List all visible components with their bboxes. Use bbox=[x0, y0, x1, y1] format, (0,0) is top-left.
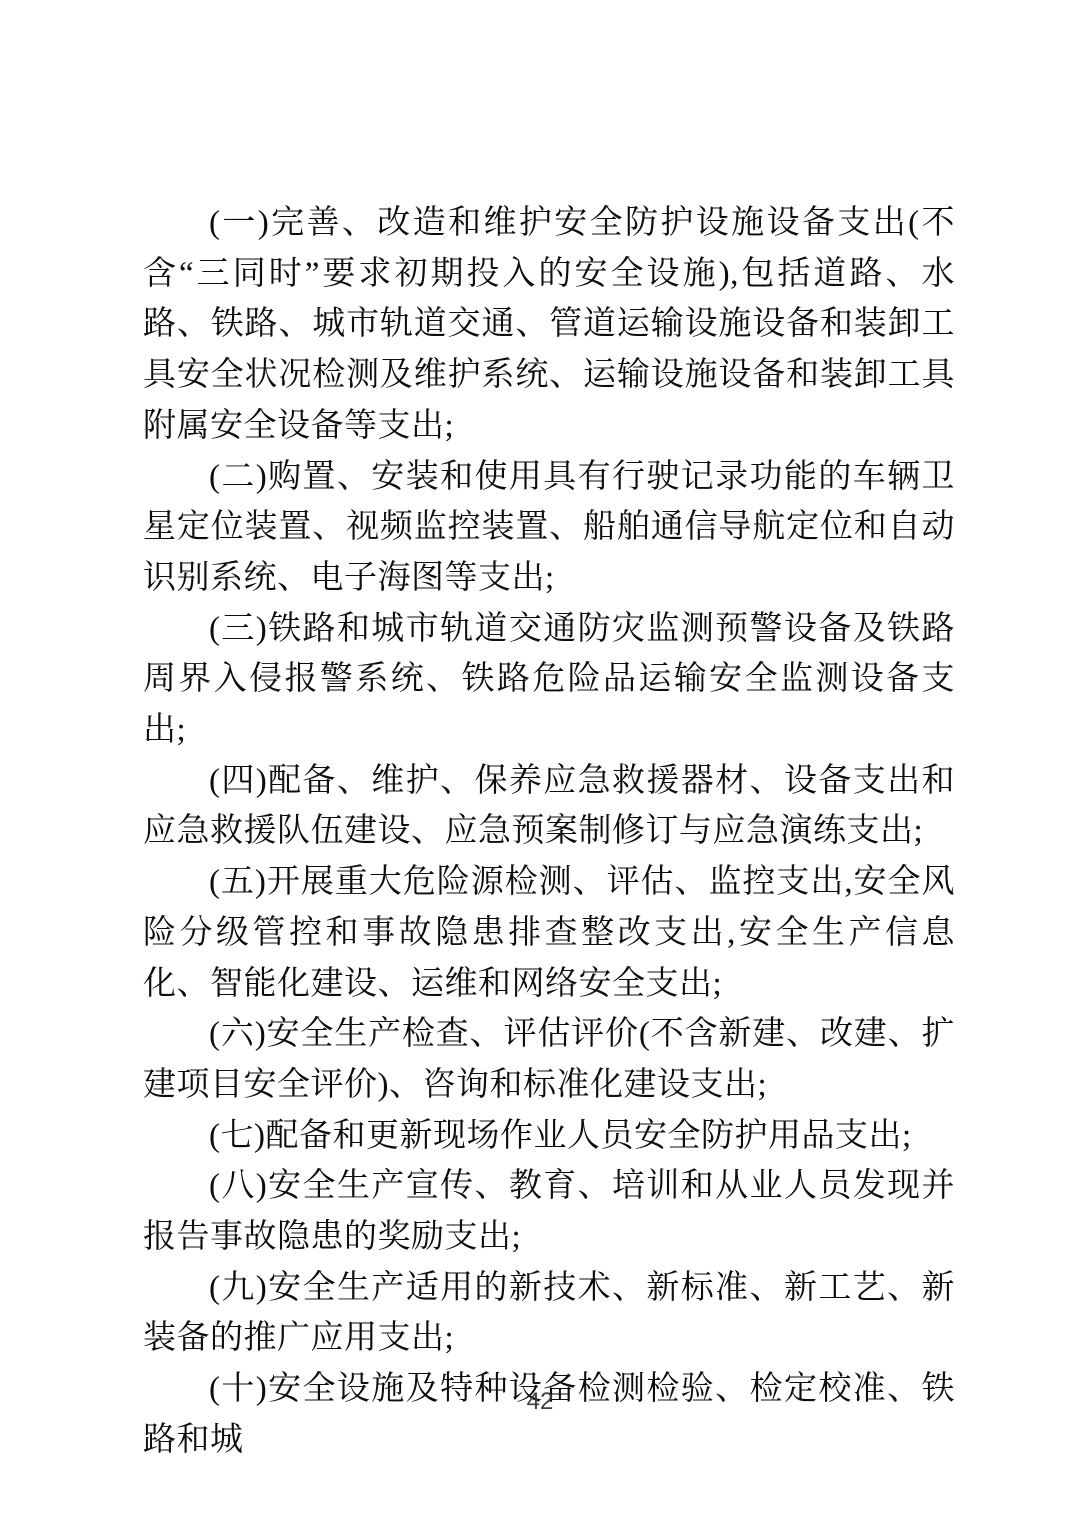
paragraph-item-4: (四)配备、维护、保养应急救援器材、设备支出和应急救援队伍建设、应急预案制修订与… bbox=[143, 756, 955, 857]
paragraph-item-5: (五)开展重大危险源检测、评估、监控支出,安全风险分级管控和事故隐患排查整改支出… bbox=[143, 857, 955, 1009]
document-page: (一)完善、改造和维护安全防护设施设备支出(不含“三同时”要求初期投入的安全设施… bbox=[0, 0, 1080, 1527]
paragraph-item-9: (九)安全生产适用的新技术、新标准、新工艺、新装备的推广应用支出; bbox=[143, 1263, 955, 1364]
paragraph-item-3: (三)铁路和城市轨道交通防灾监测预警设备及铁路周界入侵报警系统、铁路危险品运输安… bbox=[143, 604, 955, 756]
paragraph-item-7: (七)配备和更新现场作业人员安全防护用品支出; bbox=[143, 1111, 955, 1162]
paragraph-item-1: (一)完善、改造和维护安全防护设施设备支出(不含“三同时”要求初期投入的安全设施… bbox=[143, 198, 955, 452]
paragraph-item-8: (八)安全生产宣传、教育、培训和从业人员发现并报告事故隐患的奖励支出; bbox=[143, 1161, 955, 1262]
paragraph-item-6: (六)安全生产检查、评估评价(不含新建、改建、扩建项目安全评价)、咨询和标准化建… bbox=[143, 1009, 955, 1110]
paragraph-item-2: (二)购置、安装和使用具有行驶记录功能的车辆卫星定位装置、视频监控装置、船舶通信… bbox=[143, 452, 955, 604]
page-number: 42 bbox=[0, 1388, 1080, 1416]
document-body: (一)完善、改造和维护安全防护设施设备支出(不含“三同时”要求初期投入的安全设施… bbox=[143, 198, 955, 1466]
